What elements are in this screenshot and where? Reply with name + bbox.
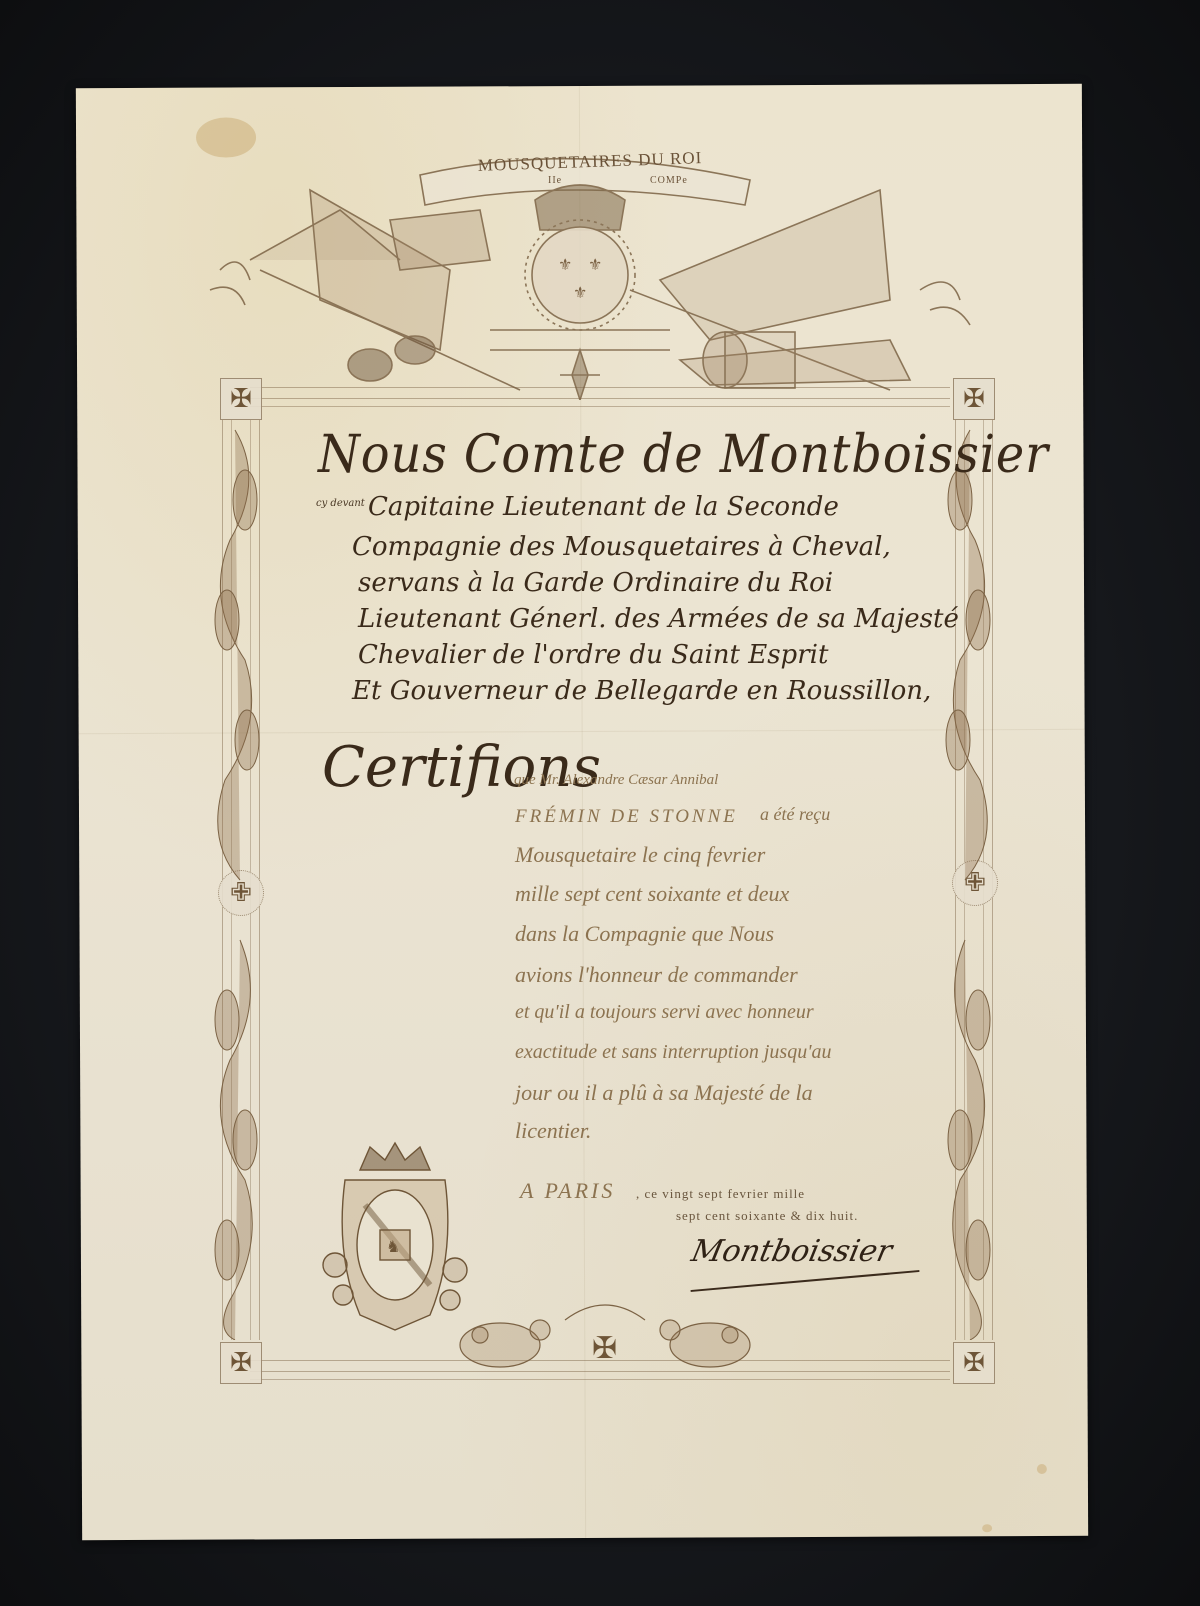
heading-title: Nous Comte de Montboissier: [318, 425, 1049, 485]
closing-date-line1: , ce vingt sept fevrier mille: [636, 1186, 805, 1202]
bottom-floral-wreath: ✠: [440, 1290, 770, 1380]
body-line: licentier.: [515, 1118, 591, 1144]
certifions-lead-word: Certifions: [322, 735, 601, 800]
fleur-de-lis-icon: ⚜: [573, 283, 587, 302]
heading-line: Et Gouverneur de Bellegarde en Roussillo…: [352, 676, 931, 706]
cross-icon: ✠: [953, 378, 995, 420]
closing-date-line2: sept cent soixante & dix huit.: [676, 1208, 858, 1224]
signature: Montboissier: [688, 1234, 895, 1269]
paper-stain: [982, 1524, 992, 1532]
body-line: exactitude et sans interruption jusqu'au: [515, 1041, 831, 1064]
heading-line: Chevalier de l'ordre du Saint Esprit: [358, 640, 828, 670]
cross-icon: ✠: [953, 1342, 995, 1384]
cross-icon: ✠: [592, 1331, 617, 1366]
heading-line: Capitaine Lieutenant de la Seconde: [368, 492, 839, 522]
lion-icon: ♞: [386, 1237, 400, 1256]
fleur-de-lis-icon: ⚜: [558, 255, 572, 274]
heading-prefix: cy devant: [316, 498, 365, 509]
cross-icon: ✠: [220, 1342, 262, 1384]
trophy-of-arms-ornament: ⚜ ⚜ ⚜: [190, 150, 980, 400]
recipient-name: FRÉMIN DE STONNE: [515, 806, 738, 828]
body-line: et qu'il a toujours servi avec honneur: [515, 1001, 814, 1024]
body-line: jour ou il a plû à sa Majesté de la: [515, 1080, 813, 1106]
frame-top-bar: [250, 382, 950, 412]
recipient-name-tail: a été reçu: [760, 804, 830, 825]
body-line: mille sept cent soixante et deux: [515, 881, 789, 907]
banner-sub-left: IIe: [548, 175, 562, 186]
right-leaf-garland: [940, 420, 1000, 1340]
paper-stain: [1037, 1464, 1047, 1474]
cross-icon: ✠: [220, 378, 262, 420]
body-line: avions l'honneur de commander: [515, 962, 798, 988]
heading-line: Compagnie des Mousquetaires à Cheval,: [352, 532, 891, 562]
body-first-line: que Mr. Alexandre Cæsar Annibal: [514, 772, 718, 789]
left-leaf-garland: [205, 420, 265, 1340]
body-line: Mousquetaire le cinq fevrier: [515, 842, 765, 868]
fleur-de-lis-icon: ⚜: [588, 255, 602, 274]
heading-line: servans à la Garde Ordinaire du Roi: [358, 568, 833, 598]
body-line: dans la Compagnie que Nous: [515, 921, 774, 947]
banner-sub-right: COMPe: [650, 175, 688, 186]
closing-place: A PARIS: [520, 1178, 615, 1204]
crown-icon: [360, 1143, 430, 1170]
heading-line: Lieutenant Génerl. des Armées de sa Maje…: [358, 604, 959, 634]
